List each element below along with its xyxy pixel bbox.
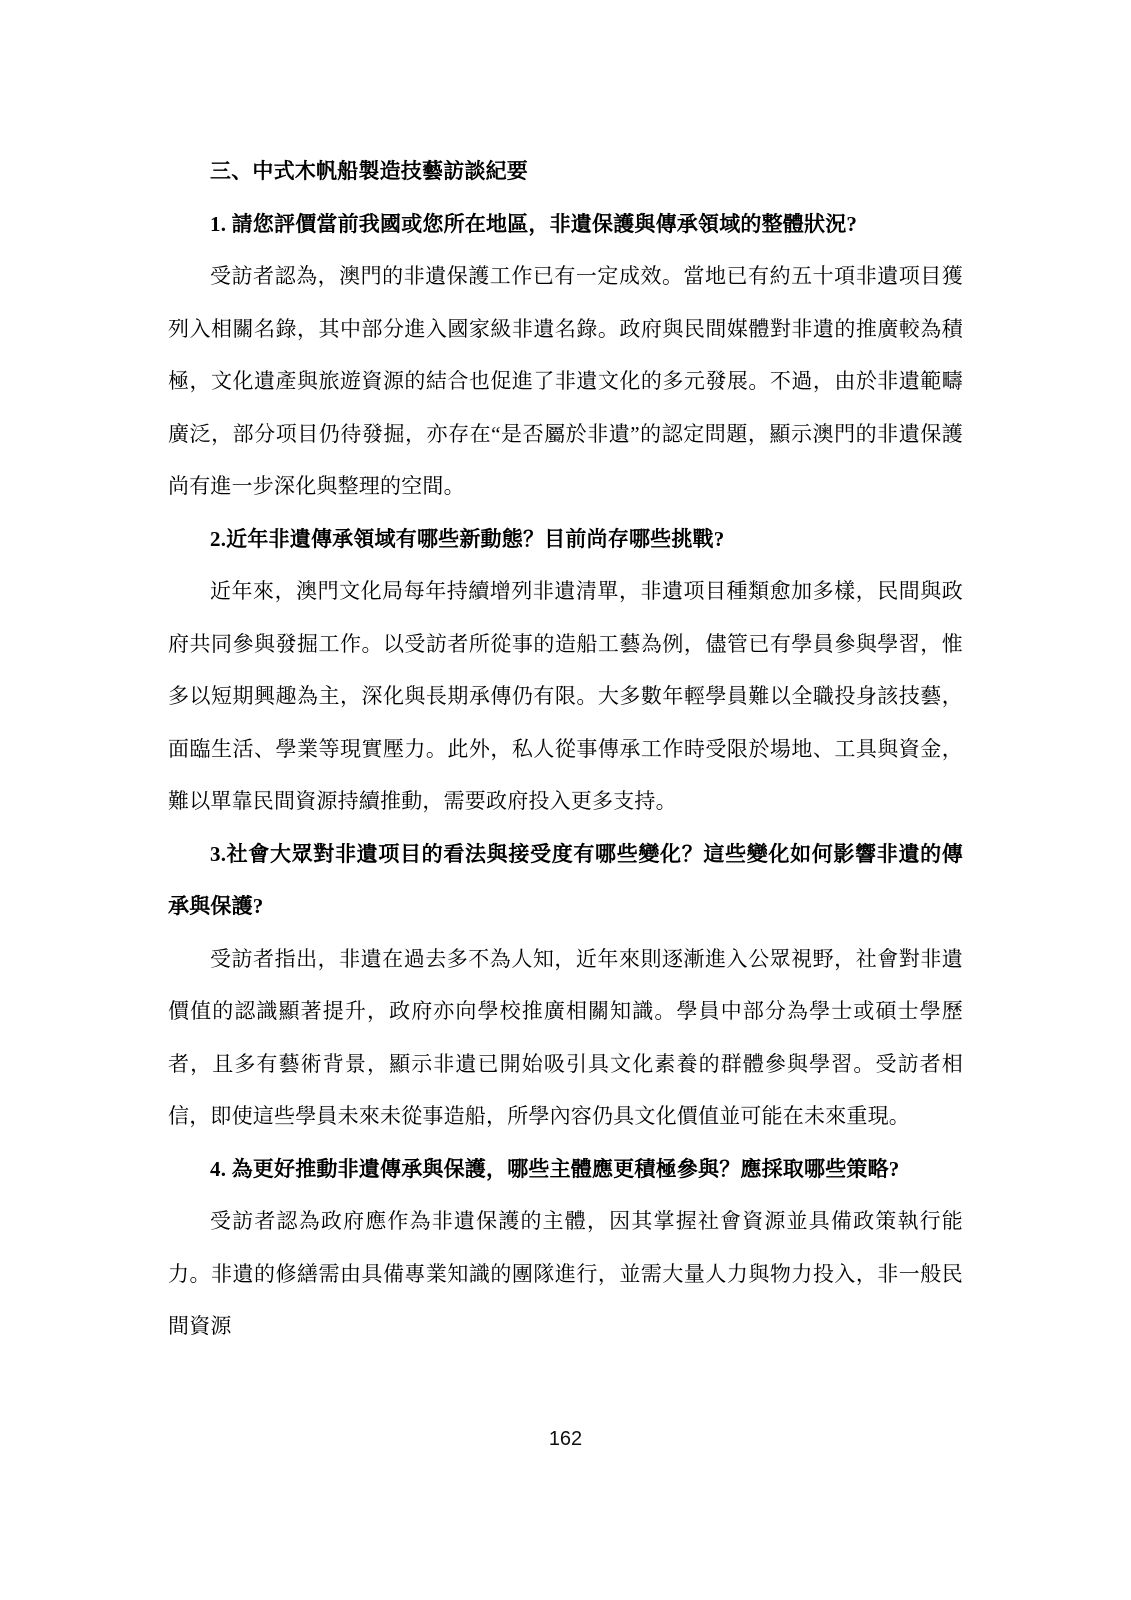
question-4: 4. 為更好推動非遺傳承與保護，哪些主體應更積極參與？應採取哪些策略? <box>168 1143 963 1196</box>
section-heading: 三、中式木帆船製造技藝訪談紀要 <box>168 145 963 198</box>
answer-3: 受訪者指出，非遺在過去多不為人知，近年來則逐漸進入公眾視野，社會對非遺價值的認識… <box>168 933 963 1143</box>
page-content: 三、中式木帆船製造技藝訪談紀要 1. 請您評價當前我國或您所在地區，非遺保護與傳… <box>168 145 963 1353</box>
page-number: 162 <box>0 1428 1131 1451</box>
answer-4: 受訪者認為政府應作為非遺保護的主體，因其掌握社會資源並具備政策執行能力。非遺的修… <box>168 1195 963 1353</box>
document-page: 三、中式木帆船製造技藝訪談紀要 1. 請您評價當前我國或您所在地區，非遺保護與傳… <box>0 0 1131 1600</box>
question-3: 3.社會大眾對非遺项目的看法與接受度有哪些變化？這些變化如何影響非遺的傳承與保護… <box>168 828 963 933</box>
answer-1: 受訪者認為，澳門的非遺保護工作已有一定成效。當地已有約五十項非遺项目獲列入相關名… <box>168 250 963 513</box>
question-2: 2.近年非遺傳承領域有哪些新動態？目前尚存哪些挑戰? <box>168 513 963 566</box>
answer-2: 近年來，澳門文化局每年持續增列非遺清單，非遺项目種類愈加多樣，民間與政府共同參與… <box>168 565 963 828</box>
question-1: 1. 請您評價當前我國或您所在地區，非遺保護與傳承領域的整體狀況? <box>168 198 963 251</box>
